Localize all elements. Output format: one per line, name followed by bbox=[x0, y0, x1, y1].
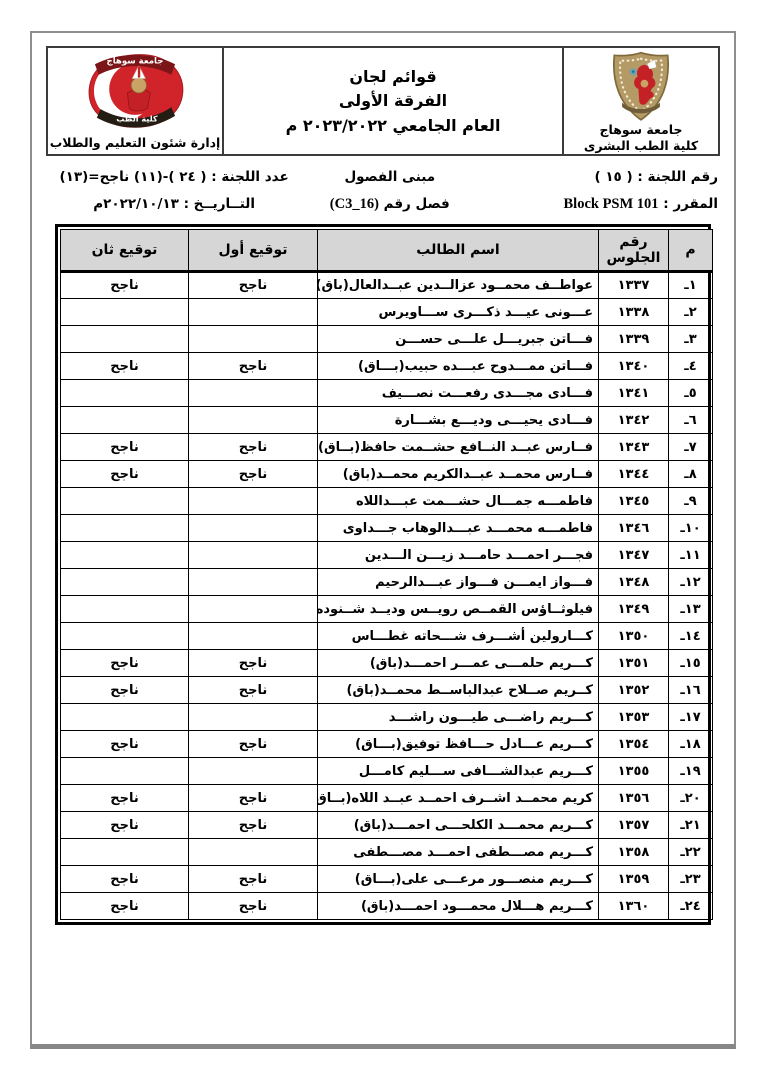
date-value: ٢٠٢٢/١٠/١٣ bbox=[103, 196, 179, 212]
student-name-cell: كـــريم عـــادل حـــافظ توفيق(بـــاق) bbox=[318, 731, 599, 758]
first-signature-cell: ناجح bbox=[189, 434, 318, 461]
university-header-cell: جامعة سوهاج كلية الطب البشرى bbox=[562, 48, 718, 154]
page-border: جامعة سوهاج كلية الطب البشرى قوائم لجان … bbox=[30, 31, 736, 1049]
student-name-cell: فــارس محمــد عبــدالكريم محمــد(باق) bbox=[318, 461, 599, 488]
first-signature-cell bbox=[189, 407, 318, 434]
student-row: ٩ـ١٣٤٥فاطمـــه جمـــال حشـــمت عبـــدالل… bbox=[61, 488, 713, 515]
student-name-cell: كــريم صــلاح عبدالباســط محمــد(باق) bbox=[318, 677, 599, 704]
seat-number-cell: ١٣٤٧ bbox=[599, 542, 669, 569]
seat-number-cell: ١٣٤٦ bbox=[599, 515, 669, 542]
student-row: ٢٢ـ١٣٥٨كـــريم مصـــطفى احمـــد مصـــطفى bbox=[61, 839, 713, 866]
first-signature-cell: ناجح bbox=[189, 461, 318, 488]
room-code: (C3_16) bbox=[330, 196, 379, 212]
course-code: Block PSM 101 bbox=[564, 196, 659, 212]
first-signature-cell: ناجح bbox=[189, 650, 318, 677]
first-signature-cell bbox=[189, 596, 318, 623]
faculty-crescent-logo: جامعة سوهاج كلية الطب bbox=[75, 49, 195, 133]
student-row: ١٢ـ١٣٤٨فـــواز ايمـــن فـــواز عبـــدالر… bbox=[61, 569, 713, 596]
student-name-cell: فاطمـــه جمـــال حشـــمت عبـــداللاه bbox=[318, 488, 599, 515]
row-number-cell: ١٦ـ bbox=[669, 677, 713, 704]
first-signature-cell: ناجح bbox=[189, 272, 318, 299]
row-number-cell: ١٤ـ bbox=[669, 623, 713, 650]
seat-number-cell: ١٣٤١ bbox=[599, 380, 669, 407]
first-signature-cell bbox=[189, 380, 318, 407]
student-row: ٢٠ـ١٣٥٦كريم محمــد اشــرف احمــد عبــد ا… bbox=[61, 785, 713, 812]
building-name: مبنى الفصول bbox=[302, 164, 477, 191]
second-signature-cell bbox=[61, 299, 189, 326]
seat-number-cell: ١٣٤٨ bbox=[599, 569, 669, 596]
seat-number-cell: ١٣٥١ bbox=[599, 650, 669, 677]
faculty-name: كلية الطب البشرى bbox=[584, 138, 698, 154]
student-row: ٢ـ١٣٣٨عـــونى عيـــد ذكـــرى ســـاويرس bbox=[61, 299, 713, 326]
second-signature-cell bbox=[61, 758, 189, 785]
first-signature-cell: ناجح bbox=[189, 677, 318, 704]
second-signature-cell: ناجح bbox=[61, 893, 189, 920]
first-signature-cell: ناجح bbox=[189, 812, 318, 839]
seat-number-cell: ١٣٤٥ bbox=[599, 488, 669, 515]
department-name: إدارة شئون التعليم والطلاب bbox=[50, 135, 221, 150]
student-row: ١ـ١٣٣٧عواطــف محمــود عزالــدين عبــدالع… bbox=[61, 272, 713, 299]
student-name-cell: فــارس عبــد النــافع حشــمت حافظ(بــاق) bbox=[318, 434, 599, 461]
student-name-cell: فـــاتن جبريـــل علـــى حســـن bbox=[318, 326, 599, 353]
second-signature-cell bbox=[61, 380, 189, 407]
second-signature-cell: ناجح bbox=[61, 677, 189, 704]
student-name-cell: كـــريم محمـــد الكلحـــى احمـــد(باق) bbox=[318, 812, 599, 839]
second-signature-cell bbox=[61, 704, 189, 731]
first-signature-cell bbox=[189, 488, 318, 515]
row-number-cell: ١٣ـ bbox=[669, 596, 713, 623]
student-row: ١٦ـ١٣٥٢كــريم صــلاح عبدالباســط محمــد(… bbox=[61, 677, 713, 704]
student-name-cell: كريم محمــد اشــرف احمــد عبــد اللاه(بـ… bbox=[318, 785, 599, 812]
student-row: ٨ـ١٣٤٤فــارس محمــد عبــدالكريم محمــد(ب… bbox=[61, 461, 713, 488]
student-row: ١٨ـ١٣٥٤كـــريم عـــادل حـــافظ توفيق(بــ… bbox=[61, 731, 713, 758]
row-number-cell: ٧ـ bbox=[669, 434, 713, 461]
second-signature-cell bbox=[61, 488, 189, 515]
logo-ribbon-bottom-text: كلية الطب bbox=[116, 114, 158, 124]
col-header-name: اسم الطالب bbox=[318, 230, 599, 272]
second-signature-cell: ناجح bbox=[61, 353, 189, 380]
table-header-row: م رقم الجلوس اسم الطالب توقيع أول توقيع … bbox=[61, 230, 713, 272]
seat-number-cell: ١٣٦٠ bbox=[599, 893, 669, 920]
university-name: جامعة سوهاج bbox=[600, 122, 683, 138]
first-signature-cell bbox=[189, 542, 318, 569]
seat-number-cell: ١٣٤٠ bbox=[599, 353, 669, 380]
doc-title-line1: قوائم لجان bbox=[349, 68, 436, 86]
academic-year-value: ٢٠٢٣/٢٠٢٢ bbox=[303, 116, 387, 135]
second-signature-cell bbox=[61, 542, 189, 569]
second-signature-cell: ناجح bbox=[61, 272, 189, 299]
exam-date: التــاريــخ : ٢٠٢٢/١٠/١٣م bbox=[46, 191, 302, 218]
student-name-cell: كـــريم مصـــطفى احمـــد مصـــطفى bbox=[318, 839, 599, 866]
seat-number-cell: ١٣٤٤ bbox=[599, 461, 669, 488]
student-row: ٦ـ١٣٤٢فـــادى يحيـــى وديـــع بشـــارة bbox=[61, 407, 713, 434]
first-signature-cell bbox=[189, 839, 318, 866]
academic-year-label: العام الجامعي bbox=[392, 116, 500, 135]
col-header-second-signature: توقيع ثان bbox=[61, 230, 189, 272]
doc-title-line3: العام الجامعي ٢٠٢٣/٢٠٢٢ م bbox=[286, 117, 501, 135]
row-number-cell: ١٠ـ bbox=[669, 515, 713, 542]
student-name-cell: كـــريم راضـــى طيـــون راشـــد bbox=[318, 704, 599, 731]
row-number-cell: ١٢ـ bbox=[669, 569, 713, 596]
second-signature-cell bbox=[61, 596, 189, 623]
student-name-cell: كـــريم حلمـــى عمـــر احمـــد(باق) bbox=[318, 650, 599, 677]
students-table-frame: م رقم الجلوس اسم الطالب توقيع أول توقيع … bbox=[55, 224, 711, 925]
student-row: ٧ـ١٣٤٣فــارس عبــد النــافع حشــمت حافظ(… bbox=[61, 434, 713, 461]
second-signature-cell bbox=[61, 407, 189, 434]
row-number-cell: ٢٣ـ bbox=[669, 866, 713, 893]
row-number-cell: ٥ـ bbox=[669, 380, 713, 407]
second-signature-cell bbox=[61, 326, 189, 353]
col-header-seat: رقم الجلوس bbox=[599, 230, 669, 272]
room-label: فصل رقم bbox=[384, 196, 450, 212]
student-name-cell: فـــاتن ممـــدوح عبـــده حبيب(بـــاق) bbox=[318, 353, 599, 380]
course-label: المقرر : bbox=[663, 196, 718, 212]
student-name-cell: فـــادى يحيـــى وديـــع بشـــارة bbox=[318, 407, 599, 434]
seat-number-cell: ١٣٤٩ bbox=[599, 596, 669, 623]
student-row: ١٥ـ١٣٥١كـــريم حلمـــى عمـــر احمـــد(با… bbox=[61, 650, 713, 677]
student-row: ١٩ـ١٣٥٥كـــريم عبدالشـــافى ســـليم كامـ… bbox=[61, 758, 713, 785]
seat-number-cell: ١٣٥٢ bbox=[599, 677, 669, 704]
row-number-cell: ١٥ـ bbox=[669, 650, 713, 677]
student-name-cell: كـــريم عبدالشـــافى ســـليم كامـــل bbox=[318, 758, 599, 785]
col-header-first-signature: توقيع أول bbox=[189, 230, 318, 272]
seat-number-cell: ١٣٥٥ bbox=[599, 758, 669, 785]
seat-number-cell: ١٣٥٤ bbox=[599, 731, 669, 758]
student-row: ٣ـ١٣٣٩فـــاتن جبريـــل علـــى حســـن bbox=[61, 326, 713, 353]
committee-count: عدد اللجنة : ( ٢٤ )-(١١) ناجح=(١٣) bbox=[46, 164, 302, 191]
student-name-cell: عـــونى عيـــد ذكـــرى ســـاويرس bbox=[318, 299, 599, 326]
doc-title-line2: الفرقة الأولى bbox=[339, 92, 447, 110]
first-signature-cell: ناجح bbox=[189, 353, 318, 380]
row-number-cell: ١٩ـ bbox=[669, 758, 713, 785]
seat-number-cell: ١٣٥٠ bbox=[599, 623, 669, 650]
student-row: ٢٣ـ١٣٥٩كـــريم منصـــور مرعـــى على(بـــ… bbox=[61, 866, 713, 893]
logo-ribbon-top-text: جامعة سوهاج bbox=[107, 56, 164, 66]
seat-number-cell: ١٣٥٣ bbox=[599, 704, 669, 731]
student-name-cell: كـــارولين أشـــرف شـــحاته غطـــاس bbox=[318, 623, 599, 650]
student-row: ٢٤ـ١٣٦٠كـــريم هـــلال محمـــود احمـــد(… bbox=[61, 893, 713, 920]
row-number-cell: ١٨ـ bbox=[669, 731, 713, 758]
seat-number-cell: ١٣٥٦ bbox=[599, 785, 669, 812]
row-number-cell: ٢ـ bbox=[669, 299, 713, 326]
row-number-cell: ١١ـ bbox=[669, 542, 713, 569]
second-signature-cell: ناجح bbox=[61, 650, 189, 677]
student-name-cell: كـــريم هـــلال محمـــود احمـــد(باق) bbox=[318, 893, 599, 920]
first-signature-cell: ناجح bbox=[189, 866, 318, 893]
student-row: ١٧ـ١٣٥٣كـــريم راضـــى طيـــون راشـــد bbox=[61, 704, 713, 731]
seat-number-cell: ١٣٣٧ bbox=[599, 272, 669, 299]
second-signature-cell: ناجح bbox=[61, 785, 189, 812]
student-row: ١٤ـ١٣٥٠كـــارولين أشـــرف شـــحاته غطـــ… bbox=[61, 623, 713, 650]
student-row: ١٣ـ١٣٤٩فيلوثــاؤس القمــص رويــس وديــد … bbox=[61, 596, 713, 623]
student-row: ٥ـ١٣٤١فـــادى مجـــدى رفعـــت نصـــيف bbox=[61, 380, 713, 407]
exam-info: رقم اللجنة : ( ١٥ ) مبنى الفصول عدد اللج… bbox=[46, 164, 720, 218]
student-row: ٢١ـ١٣٥٧كـــريم محمـــد الكلحـــى احمـــد… bbox=[61, 812, 713, 839]
academic-year-suffix: م bbox=[286, 116, 298, 135]
students-tbody: ١ـ١٣٣٧عواطــف محمــود عزالــدين عبــدالع… bbox=[61, 272, 713, 920]
first-signature-cell: ناجح bbox=[189, 893, 318, 920]
student-name-cell: فـــادى مجـــدى رفعـــت نصـــيف bbox=[318, 380, 599, 407]
col-header-number: م bbox=[669, 230, 713, 272]
student-name-cell: فجـــر احمـــد حامـــد زيـــن الـــدين bbox=[318, 542, 599, 569]
seat-number-cell: ١٣٣٩ bbox=[599, 326, 669, 353]
row-number-cell: ٢٠ـ bbox=[669, 785, 713, 812]
row-number-cell: ٤ـ bbox=[669, 353, 713, 380]
row-number-cell: ١٧ـ bbox=[669, 704, 713, 731]
seat-number-cell: ١٣٤٢ bbox=[599, 407, 669, 434]
committee-number: رقم اللجنة : ( ١٥ ) bbox=[477, 164, 720, 191]
second-signature-cell: ناجح bbox=[61, 461, 189, 488]
row-number-cell: ٢١ـ bbox=[669, 812, 713, 839]
course-info: المقرر : Block PSM 101 bbox=[477, 191, 720, 218]
second-signature-cell: ناجح bbox=[61, 434, 189, 461]
seat-number-cell: ١٣٤٣ bbox=[599, 434, 669, 461]
second-signature-cell: ناجح bbox=[61, 866, 189, 893]
student-row: ٤ـ١٣٤٠فـــاتن ممـــدوح عبـــده حبيب(بـــ… bbox=[61, 353, 713, 380]
seat-number-cell: ١٣٣٨ bbox=[599, 299, 669, 326]
student-name-cell: فـــواز ايمـــن فـــواز عبـــدالرحيم bbox=[318, 569, 599, 596]
second-signature-cell bbox=[61, 515, 189, 542]
row-number-cell: ٦ـ bbox=[669, 407, 713, 434]
row-number-cell: ٣ـ bbox=[669, 326, 713, 353]
second-signature-cell bbox=[61, 623, 189, 650]
first-signature-cell bbox=[189, 704, 318, 731]
student-row: ١٠ـ١٣٤٦فاطمـــه محمـــد عبـــدالوهاب جــ… bbox=[61, 515, 713, 542]
date-suffix: م bbox=[93, 196, 103, 212]
first-signature-cell bbox=[189, 299, 318, 326]
row-number-cell: ٨ـ bbox=[669, 461, 713, 488]
first-signature-cell: ناجح bbox=[189, 731, 318, 758]
second-signature-cell: ناجح bbox=[61, 731, 189, 758]
student-name-cell: فاطمـــه محمـــد عبـــدالوهاب جـــداوى bbox=[318, 515, 599, 542]
seat-number-cell: ١٣٥٧ bbox=[599, 812, 669, 839]
student-name-cell: عواطــف محمــود عزالــدين عبــدالعال(باق… bbox=[318, 272, 599, 299]
first-signature-cell bbox=[189, 515, 318, 542]
second-signature-cell: ناجح bbox=[61, 812, 189, 839]
university-shield-logo bbox=[608, 51, 674, 122]
row-number-cell: ١ـ bbox=[669, 272, 713, 299]
date-label: التــاريــخ : bbox=[184, 196, 255, 212]
row-number-cell: ٩ـ bbox=[669, 488, 713, 515]
second-signature-cell bbox=[61, 839, 189, 866]
student-name-cell: فيلوثــاؤس القمــص رويــس وديــد شــنوده bbox=[318, 596, 599, 623]
first-signature-cell bbox=[189, 758, 318, 785]
first-signature-cell bbox=[189, 326, 318, 353]
room-info: فصل رقم (C3_16) bbox=[302, 191, 477, 218]
first-signature-cell bbox=[189, 569, 318, 596]
department-header-cell: جامعة سوهاج كلية الطب إدارة شئون التعليم… bbox=[48, 48, 222, 154]
seat-number-cell: ١٣٥٩ bbox=[599, 866, 669, 893]
seat-number-cell: ١٣٥٨ bbox=[599, 839, 669, 866]
document-header: جامعة سوهاج كلية الطب البشرى قوائم لجان … bbox=[46, 46, 720, 156]
students-table: م رقم الجلوس اسم الطالب توقيع أول توقيع … bbox=[60, 229, 713, 920]
title-cell: قوائم لجان الفرقة الأولى العام الجامعي ٢… bbox=[222, 48, 562, 154]
student-row: ١١ـ١٣٤٧فجـــر احمـــد حامـــد زيـــن الـ… bbox=[61, 542, 713, 569]
row-number-cell: ٢٢ـ bbox=[669, 839, 713, 866]
student-name-cell: كـــريم منصـــور مرعـــى على(بـــاق) bbox=[318, 866, 599, 893]
first-signature-cell bbox=[189, 623, 318, 650]
first-signature-cell: ناجح bbox=[189, 785, 318, 812]
second-signature-cell bbox=[61, 569, 189, 596]
row-number-cell: ٢٤ـ bbox=[669, 893, 713, 920]
